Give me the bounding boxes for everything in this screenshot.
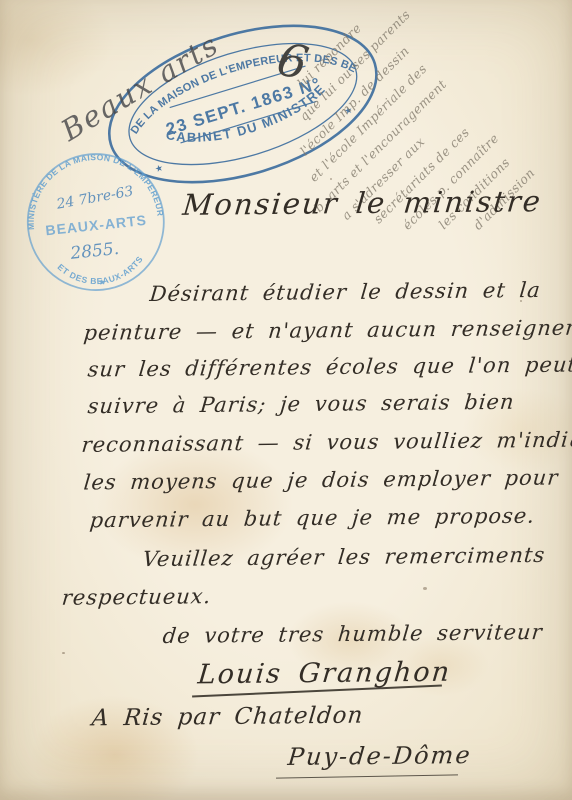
paper-speck: [62, 652, 65, 654]
letter-line: Veuillez agréer les remerciments: [142, 543, 547, 571]
letter-line: de votre tres humble serviteur: [162, 620, 544, 648]
round-stamp-star-icon: ★: [98, 277, 106, 287]
letter-line: suivre à Paris; je vous serais bien: [87, 390, 516, 418]
letter-line: reconnaissant — si vous voulliez m'indiq…: [81, 427, 572, 457]
departement-underline: [276, 774, 458, 778]
paper-speck: [423, 587, 427, 590]
paper-speck: [520, 300, 522, 302]
letter-line: sur les différentes écoles que l'on peut: [87, 352, 572, 381]
letter-line: respectueux.: [61, 584, 213, 610]
round-stamp-handwritten-number: 2855.: [69, 239, 120, 264]
address-place-line: A Ris par Chateldon: [91, 703, 365, 732]
address-departement: Puy-de-Dôme: [287, 741, 473, 771]
round-stamp-center-label: BEAUX-ARTS: [45, 212, 148, 239]
letter-line: Désirant étudier le dessin et la: [149, 278, 542, 306]
round-stamp-handwritten-date: 24 7bre-63: [54, 183, 134, 212]
salutation: Monsieur le ministre: [181, 184, 543, 222]
letter-line: parvenir au but que je me propose.: [89, 504, 537, 533]
letter-page: MINISTÈRE DE LA MAISON DE L'EMPEREUR ET …: [0, 0, 572, 800]
paper-speck: [330, 178, 332, 180]
letter-line: peinture — et n'ayant aucun renseignemen…: [83, 315, 572, 345]
letter-line: les moyens que je dois employer pour: [83, 466, 560, 495]
